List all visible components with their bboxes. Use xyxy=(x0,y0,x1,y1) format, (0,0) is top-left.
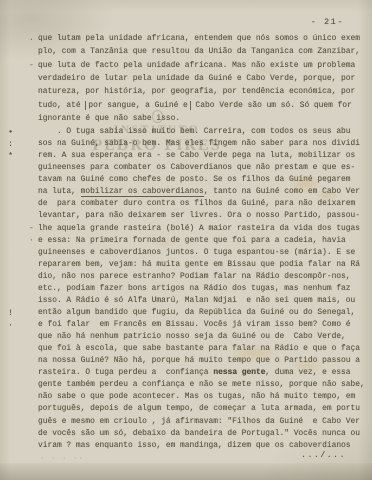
text-line: isso. A Rádio é só Alfa Umarú, Malan Ndj… xyxy=(38,295,370,307)
text-segment: gente também perdeu a confiança e não se… xyxy=(38,380,365,389)
text-line: tudo, até por sangue, a Guiné e Cabo Ver… xyxy=(38,99,370,112)
text-segment: e essa: Na primeira fornada de gente que… xyxy=(38,236,346,245)
text-line: • . O tuga sabia isso muito bem. Carreir… xyxy=(38,126,370,138)
text-segment: por sangue, a Guiné e xyxy=(85,101,190,110)
text-line: guineenses para combater os Caboverdiano… xyxy=(38,162,370,174)
text-line: ·e essa: Na primeira fornada de gente qu… xyxy=(38,235,370,247)
pencil-mark: - xyxy=(29,59,34,72)
text-line: português, depois de algum tempo, de com… xyxy=(38,403,370,415)
text-line: tavam na Guiné como chefes de posto. Se … xyxy=(38,174,370,186)
margin-annotation-mark: · xyxy=(8,319,13,331)
text-segment: que lutam pela unidade africana, entende… xyxy=(38,34,360,43)
text-line: viram ? mas enquanto isso, em mandinga, … xyxy=(38,440,370,452)
margin-annotation-mark: : xyxy=(8,138,13,150)
text-segment: guineenses e caboverdianos juntos. O tug… xyxy=(38,248,355,257)
text-line: *rem. A sua esperança era - se Cabo Verd… xyxy=(38,150,370,162)
cut-off-ghost-text: · · · ·· xyxy=(40,455,84,463)
text-line: na luta, mobilizar os caboverdianos, tan… xyxy=(38,186,370,198)
pencil-mark: . xyxy=(29,32,34,45)
text-line: repararem bem, vejam: há muita gente em … xyxy=(38,259,370,271)
text-line: .que lutam pela unidade africana, entend… xyxy=(38,32,370,45)
text-segment: de vocês são um só, debaixo da bandeira … xyxy=(38,429,360,438)
text-segment: Cabo Verde são um só. Só quem for xyxy=(191,101,352,110)
text-line: na nossa Guiné? Não há, porque há muito … xyxy=(38,355,370,367)
text-segment: guês e mesmo em crioulo , já afirmavam: … xyxy=(38,417,360,426)
margin-annotation-mark: * xyxy=(8,150,13,162)
text-segment: que não há nenhum patrício nosso seja da… xyxy=(38,332,346,341)
text-segment: e foi falar em Francês em Bissau. Vocês … xyxy=(38,320,351,329)
text-segment: . O tuga sabia isso muito bem. Carreira,… xyxy=(38,127,351,136)
paragraph-1: .que lutam pela unidade africana, entend… xyxy=(38,32,370,125)
text-segment: levantar, para não deixarem ser livres. … xyxy=(38,211,360,220)
text-segment: ignorante é que não sabe isso. xyxy=(38,114,180,123)
text-line: que foi à escola, que sabe bastante para… xyxy=(38,343,370,355)
text-segment: , duma vez, e essa xyxy=(265,368,350,377)
margin-annotation-mark: • xyxy=(8,126,13,138)
text-line: natureza, por história, por geografia, p… xyxy=(38,85,370,98)
scanned-document-page: - 21- INSTITUTO PEDRO PIRES .que lutam p… xyxy=(0,0,372,480)
text-segment: plo, com a Tanzânia que resultou da Uniã… xyxy=(38,47,360,56)
text-segment: dio, não nos parece estranho? Podiam fal… xyxy=(38,272,351,281)
text-segment: que luta de facto pela unidade africana.… xyxy=(38,61,355,70)
text-segment: etc., podiam fazer bons artigos na Rádio… xyxy=(38,284,351,293)
text-segment: viram ? mas enquanto isso, em mandinga, … xyxy=(38,441,351,450)
text-segment: que foi à escola, que sabe bastante para… xyxy=(38,344,360,353)
text-line: que não há nenhum patrício nosso seja da… xyxy=(38,331,370,343)
text-line: ignorante é que não sabe isso. xyxy=(38,112,370,125)
text-line: etc., podiam fazer bons artigos na Rádio… xyxy=(38,283,370,295)
text-line: guês e mesmo em crioulo , já afirmavam: … xyxy=(38,416,370,428)
margin-annotation-mark: ! xyxy=(8,307,13,319)
text-line: levantar, para não deixarem ser livres. … xyxy=(38,210,370,222)
text-line: ·e foi falar em Francês em Bissau. Vocês… xyxy=(38,319,370,331)
text-segment: tavam na Guiné como chefes de posto. Se … xyxy=(38,175,351,184)
text-segment: isso. A Rádio é só Alfa Umarú, Malan Ndj… xyxy=(38,296,355,305)
text-segment: repararem bem, vejam: há muita gente em … xyxy=(38,260,360,269)
text-segment: nessa gente xyxy=(213,368,265,377)
text-segment: português, depois de algum tempo, de com… xyxy=(38,404,360,413)
text-segment: na nossa Guiné? Não há, porque há muito … xyxy=(38,356,360,365)
text-segment: rasteira. O tuga perdeu a confiança xyxy=(38,368,213,377)
text-segment: não sabe o que pode acontecer. Mas os tu… xyxy=(38,392,355,401)
continuation-mark: .../... xyxy=(301,451,346,460)
text-line: -lhe aquela grande rasteira (bolé) A mai… xyxy=(38,223,370,235)
scan-edge-shadow xyxy=(0,463,372,480)
pencil-mark: - xyxy=(29,223,34,235)
text-line: -que luta de facto pela unidade africana… xyxy=(38,59,370,72)
text-segment: sos na Guiné, sabia-o bem. Mas eles fing… xyxy=(38,139,360,148)
text-line: de vocês são um só, debaixo da bandeira … xyxy=(38,428,370,440)
text-line: guineenses e caboverdianos juntos. O tug… xyxy=(38,247,370,259)
text-segment: guineenses para combater os Caboverdiano… xyxy=(38,163,355,172)
text-segment: tudo, até xyxy=(38,101,85,110)
text-line: dio, não nos parece estranho? Podiam fal… xyxy=(38,271,370,283)
text-segment: então algum bandido que fugiu, da Repúbl… xyxy=(38,308,355,317)
text-segment: natureza, por história, por geografia, p… xyxy=(38,87,355,96)
text-line: rasteira. O tuga perdeu a confiança ness… xyxy=(38,367,370,379)
text-line: verdadeiro de lutar pela unidade da Guin… xyxy=(38,72,370,85)
text-segment: , tanto na Guiné como em Cabo Ver xyxy=(204,187,360,196)
text-segment: mobilizar os caboverdianos xyxy=(81,187,204,197)
text-segment: de para combater duro contra os filhos d… xyxy=(38,199,355,208)
page-number: - 21- xyxy=(311,17,344,27)
text-line: :sos na Guiné, sabia-o bem. Mas eles fin… xyxy=(38,138,370,150)
text-segment: na luta, xyxy=(38,187,81,196)
text-line: não sabe o que pode acontecer. Mas os tu… xyxy=(38,391,370,403)
text-segment: rem. A sua esperança era - se Cabo Verde… xyxy=(38,151,355,160)
text-line: de para combater duro contra os filhos d… xyxy=(38,198,370,210)
text-line: !então algum bandido que fugiu, da Repúb… xyxy=(38,307,370,319)
text-line: plo, com a Tanzânia que resultou da Uniã… xyxy=(38,45,370,58)
text-segment: lhe aquela grande rasteira (bolé) A maio… xyxy=(38,224,360,233)
paragraph-2: • . O tuga sabia isso muito bem. Carreir… xyxy=(38,126,370,452)
pencil-mark: · xyxy=(29,235,34,247)
text-line: gente também perdeu a confiança e não se… xyxy=(38,379,370,391)
text-segment: verdadeiro de lutar pela unidade da Guin… xyxy=(38,74,355,83)
